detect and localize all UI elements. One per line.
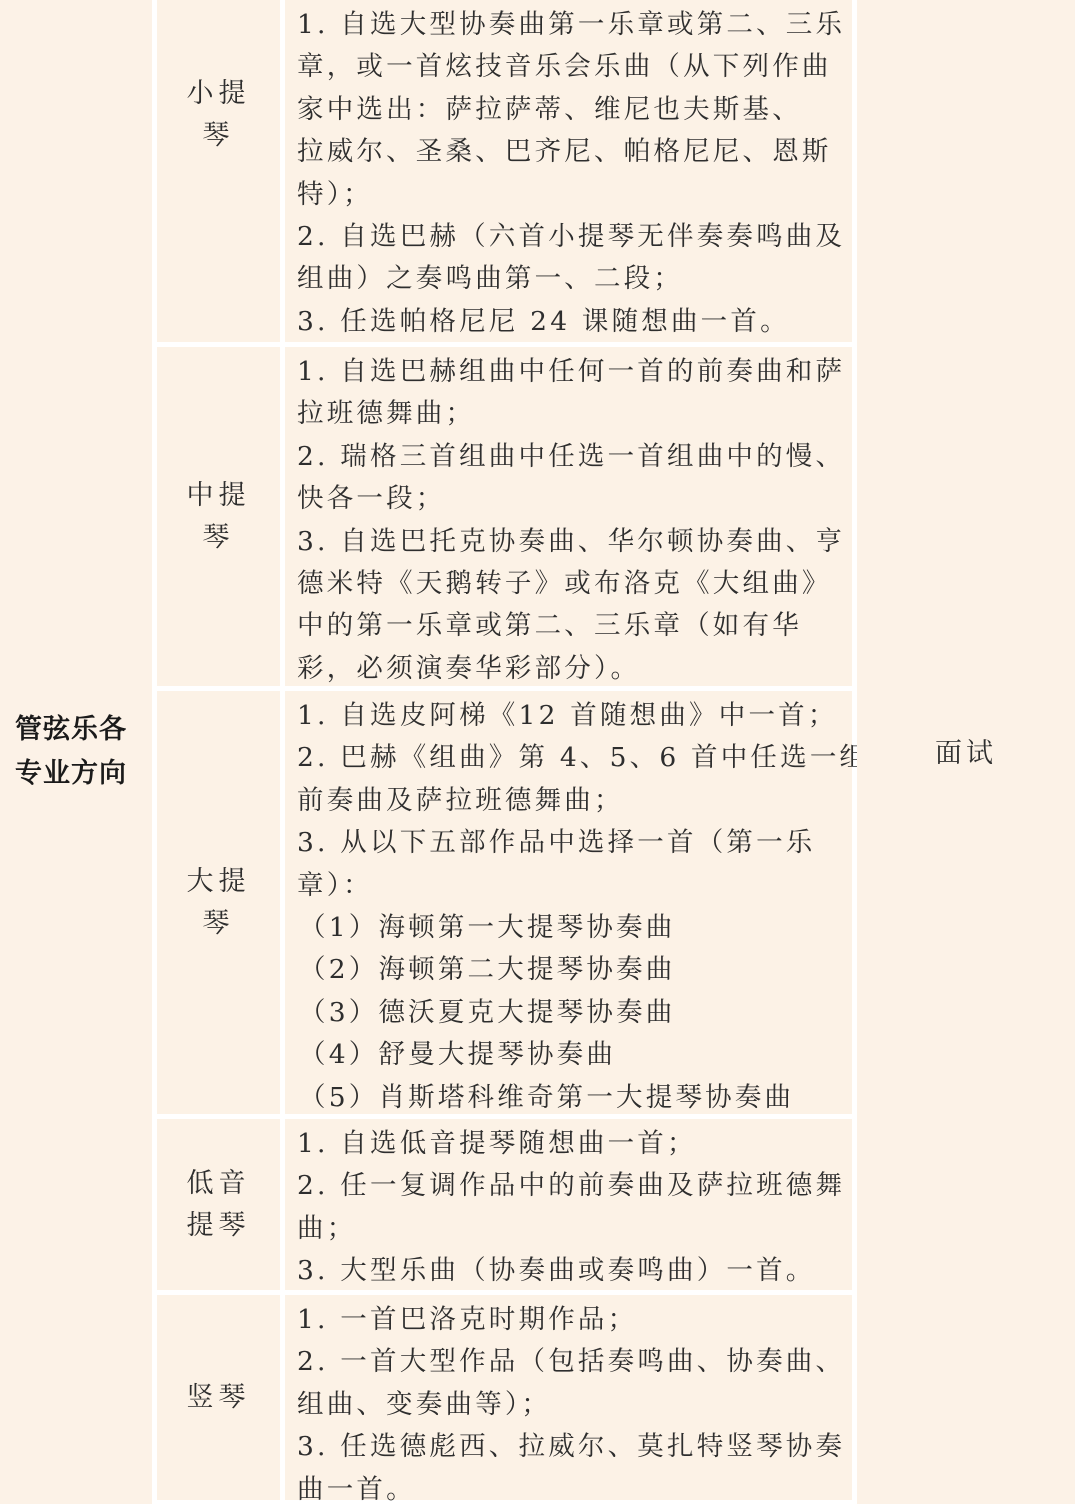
requirement-line: 曲一首。: [297, 1469, 842, 1504]
category-cell: 管弦乐各 专业方向: [0, 0, 152, 1504]
requirement-line: 中的第一乐章或第二、三乐章（如有华: [297, 605, 842, 647]
instrument-label-line: 低音: [174, 1163, 264, 1205]
requirement-line: 组曲、变奏曲等）；: [297, 1384, 842, 1426]
requirement-line: 2. 瑞格三首组曲中任选一首组曲中的慢、: [297, 436, 842, 478]
requirement-line: 3. 从以下五部作品中选择一首（第一乐: [297, 822, 842, 864]
requirements-cell-violin: 1. 自选大型协奏曲第一乐章或第二、三乐 章，或一首炫技音乐会乐曲（从下列作曲 …: [285, 0, 852, 342]
requirement-line: 3. 任选帕格尼尼 24 课随想曲一首。: [297, 301, 842, 343]
requirement-subitem: （3）德沃夏克大提琴协奏曲: [297, 992, 842, 1034]
requirement-line: 1. 一首巴洛克时期作品；: [297, 1299, 842, 1341]
instrument-label: 中提琴: [174, 475, 264, 559]
requirement-line: 组曲）之奏鸣曲第一、二段；: [297, 258, 842, 300]
requirement-line: 章，或一首炫技音乐会乐曲（从下列作曲: [297, 46, 842, 88]
category-label: 管弦乐各 专业方向: [6, 708, 136, 796]
requirements-cell-harp: 1. 一首巴洛克时期作品； 2. 一首大型作品（包括奏鸣曲、协奏曲、 组曲、变奏…: [285, 1295, 852, 1500]
requirement-line: 1. 自选巴赫组曲中任何一首的前奏曲和萨: [297, 351, 842, 393]
requirement-line: 拉班德舞曲；: [297, 393, 842, 435]
requirement-line: 特）；: [297, 174, 842, 216]
category-line: 专业方向: [6, 752, 136, 796]
requirement-line: 2. 自选巴赫（六首小提琴无伴奏奏鸣曲及: [297, 216, 842, 258]
requirement-line: 2. 巴赫《组曲》第 4、5、6 首中任选一组: [297, 737, 842, 779]
requirement-subitem: （5）肖斯塔科维奇第一大提琴协奏曲: [297, 1077, 842, 1119]
instrument-label-line: 提琴: [174, 1205, 264, 1247]
instrument-label: 低音 提琴: [174, 1163, 264, 1247]
requirement-line: 快各一段；: [297, 478, 842, 520]
requirement-line: 3. 任选德彪西、拉威尔、莫扎特竖琴协奏: [297, 1426, 842, 1468]
instrument-cell-viola: 中提琴: [157, 347, 280, 686]
requirements-cell-double-bass: 1. 自选低音提琴随想曲一首； 2. 任一复调作品中的前奏曲及萨拉班德舞 曲； …: [285, 1119, 852, 1290]
requirement-line: 3. 大型乐曲（协奏曲或奏鸣曲）一首。: [297, 1250, 842, 1292]
requirement-line: 1. 自选低音提琴随想曲一首；: [297, 1123, 842, 1165]
requirement-line: 德米特《天鹅转子》或布洛克《大组曲》: [297, 563, 842, 605]
requirements-cell-cello: 1. 自选皮阿梯《12 首随想曲》中一首； 2. 巴赫《组曲》第 4、5、6 首…: [285, 691, 852, 1114]
exam-method-cell: 面试: [857, 0, 1075, 1504]
exam-method-label: 面试: [935, 731, 997, 770]
instrument-cell-double-bass: 低音 提琴: [157, 1119, 280, 1290]
instrument-cell-violin: 小提琴: [157, 0, 280, 342]
instrument-cell-harp: 竖琴: [157, 1295, 280, 1500]
requirement-subitem: （1）海顿第一大提琴协奏曲: [297, 907, 842, 949]
category-line: 管弦乐各: [6, 708, 136, 752]
instrument-label: 小提琴: [174, 73, 264, 157]
requirement-line: 彩，必须演奏华彩部分）。: [297, 648, 842, 690]
instrument-label: 大提琴: [174, 861, 264, 945]
requirement-subitem: （2）海顿第二大提琴协奏曲: [297, 949, 842, 991]
requirement-line: 拉威尔、圣桑、巴齐尼、帕格尼尼、恩斯: [297, 131, 842, 173]
requirement-line: 2. 任一复调作品中的前奏曲及萨拉班德舞: [297, 1165, 842, 1207]
requirements-table: 管弦乐各 专业方向 小提琴 1. 自选大型协奏曲第一乐章或第二、三乐 章，或一首…: [0, 0, 1075, 1504]
requirement-subitem: （4）舒曼大提琴协奏曲: [297, 1034, 842, 1076]
requirement-line: 2. 一首大型作品（包括奏鸣曲、协奏曲、: [297, 1341, 842, 1383]
requirement-line: 1. 自选皮阿梯《12 首随想曲》中一首；: [297, 695, 842, 737]
instrument-label: 竖琴: [174, 1377, 264, 1419]
requirements-cell-viola: 1. 自选巴赫组曲中任何一首的前奏曲和萨 拉班德舞曲； 2. 瑞格三首组曲中任选…: [285, 347, 852, 686]
requirement-line: 章）：: [297, 865, 842, 907]
requirement-line: 前奏曲及萨拉班德舞曲；: [297, 780, 842, 822]
requirement-line: 3. 自选巴托克协奏曲、华尔顿协奏曲、亨: [297, 521, 842, 563]
requirement-line: 曲；: [297, 1208, 842, 1250]
requirement-line: 1. 自选大型协奏曲第一乐章或第二、三乐: [297, 4, 842, 46]
instrument-cell-cello: 大提琴: [157, 691, 280, 1114]
requirement-line: 家中选出：萨拉萨蒂、维尼也夫斯基、: [297, 89, 842, 131]
